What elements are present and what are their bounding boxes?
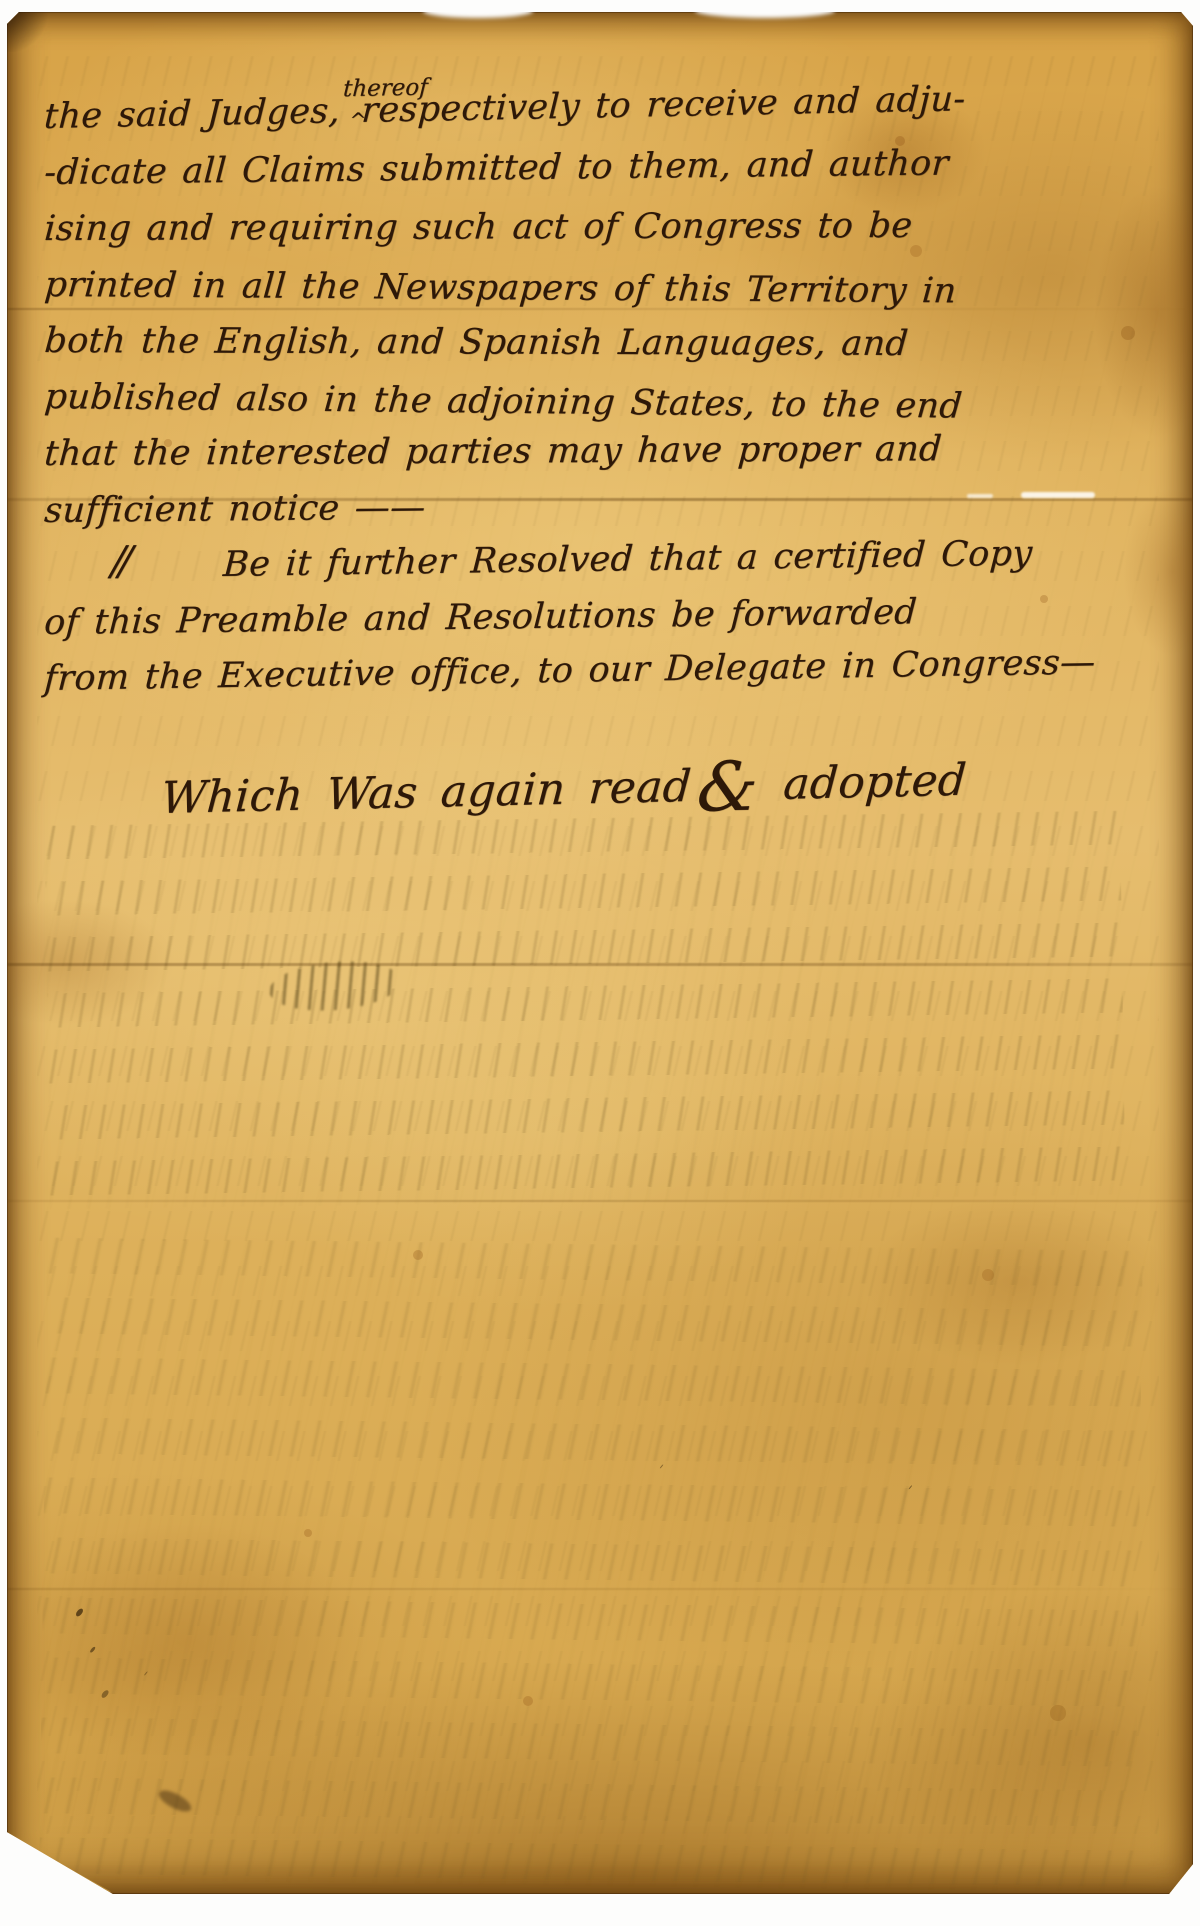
manuscript-line-1: the said Judges,thereof^ respectively to… — [43, 78, 967, 138]
manuscript-page: the said Judges,thereof^ respectively to… — [7, 12, 1193, 1894]
manuscript-line-11: from the Executive office, to our Delega… — [43, 641, 1097, 700]
foxing-spots — [7, 12, 13, 18]
manuscript-line-4: printed in all the Newspapers of this Te… — [43, 264, 958, 312]
ink-smudge — [156, 1786, 194, 1815]
manuscript-line-3: ising and requiring such act of Congress… — [43, 205, 914, 250]
crease-highlight — [967, 494, 993, 498]
ampersand-flourish: & — [695, 746, 761, 829]
line1-post: respectively to receive and adju- — [360, 79, 966, 131]
fold-crease — [7, 963, 1193, 966]
inserted-word-thereof: thereof — [342, 75, 428, 104]
manuscript-line-7: that the interested parties may have pro… — [43, 428, 943, 475]
bleedthrough-texture-lower — [39, 1237, 1143, 1892]
corner-shadow — [7, 12, 51, 52]
torn-corner-edge — [8, 1834, 118, 1904]
crease-highlight — [1021, 492, 1095, 498]
adoption-pre: Which Was again read — [159, 761, 692, 824]
fold-crease — [7, 1588, 1193, 1590]
bleedthrough-texture-middle — [44, 811, 1125, 1210]
manuscript-line-2: -dicate all Claims submitted to them, an… — [43, 143, 950, 194]
line9-text: Be it further Resolved that a certified … — [222, 534, 1033, 585]
bleedthrough-dark-cluster — [267, 956, 403, 1015]
manuscript-line-9: // Be it further Resolved that a certifi… — [222, 533, 1034, 586]
caret-mark: ^ — [349, 108, 367, 132]
manuscript-line-6: published also in the adjoining States, … — [43, 376, 964, 428]
adoption-line: Which Was again read& adopted — [159, 732, 970, 832]
manuscript-line-10: of this Preamble and Resolutions be forw… — [43, 591, 918, 644]
manuscript-line-5: both the English, and Spanish Languages,… — [43, 320, 910, 365]
insertion-flourish: // — [110, 537, 128, 585]
fold-crease — [7, 1200, 1193, 1202]
deckle-edge — [695, 3, 835, 18]
manuscript-line-8: sufficient notice —— — [43, 487, 427, 532]
adoption-post: adopted — [782, 755, 968, 810]
deckle-edge — [423, 4, 533, 18]
line1-pre: the said Judges, — [43, 91, 341, 137]
scanner-background: the said Judges,thereof^ respectively to… — [0, 0, 1200, 1926]
folded-corner-flap — [19, 1842, 111, 1896]
ink-specks — [75, 1607, 85, 1617]
